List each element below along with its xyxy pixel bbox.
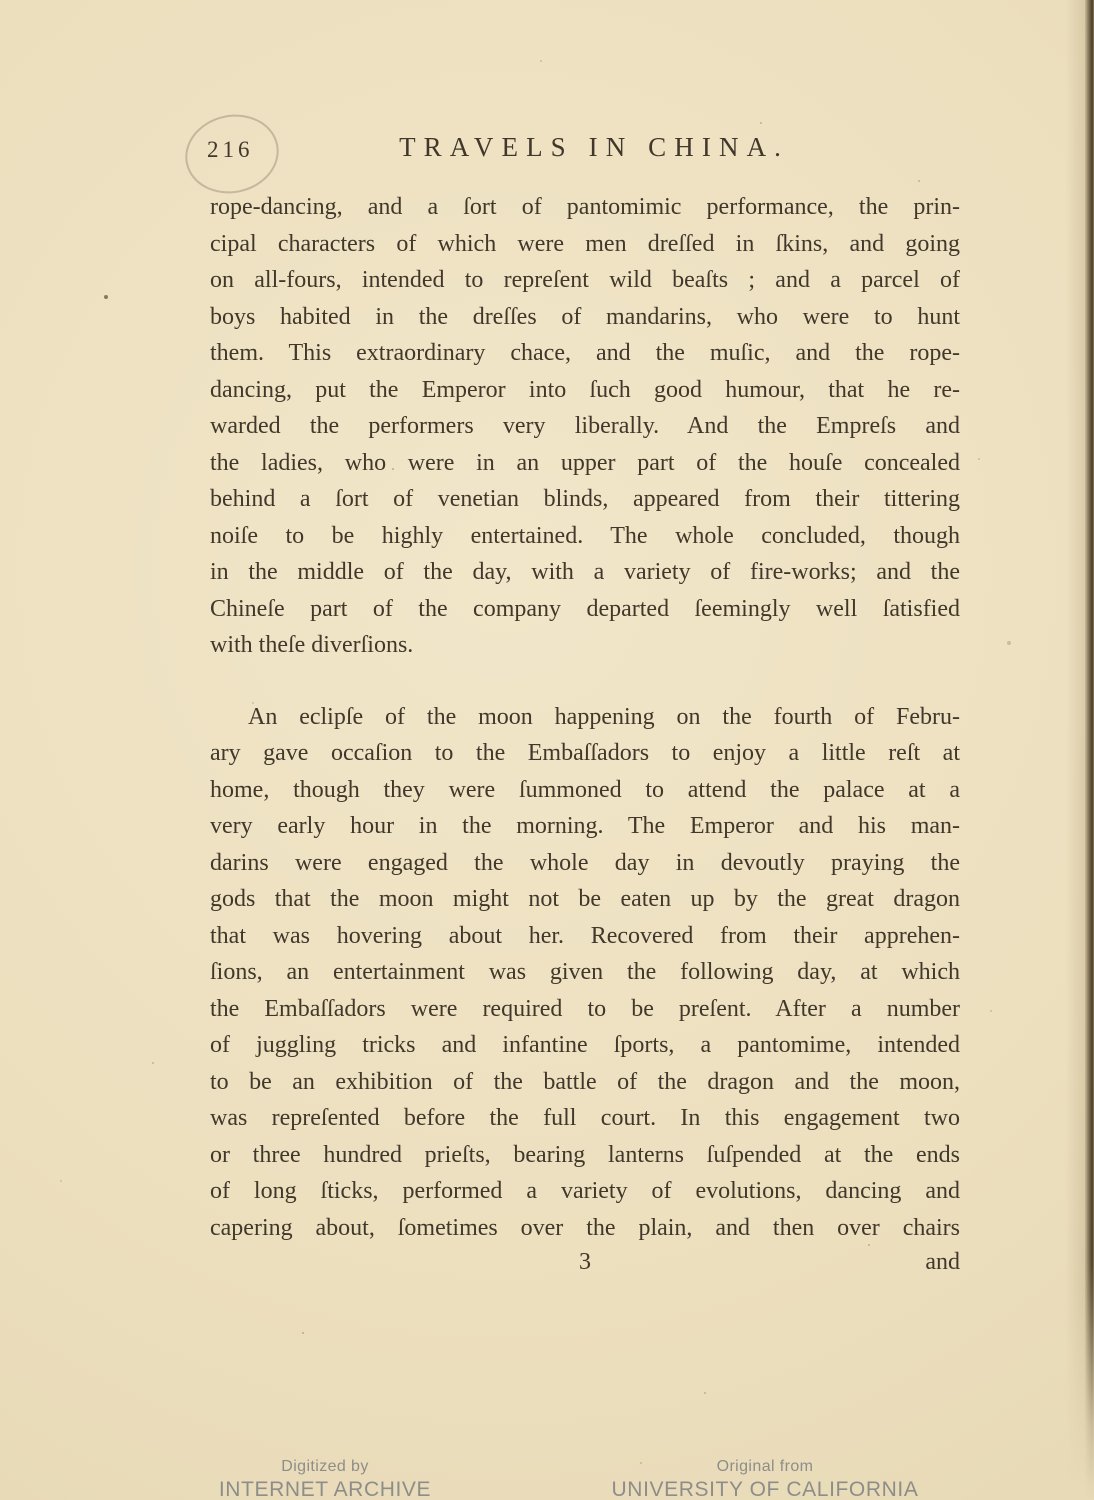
body-text: rope-dancing, and a ſort of pantomimic p… xyxy=(210,189,960,1281)
paragraph: An eclipſe of the moon happening on the … xyxy=(210,699,960,1247)
paragraph-container: rope-dancing, and a ſort of pantomimic p… xyxy=(210,189,960,1246)
signature-line: 3 and xyxy=(210,1244,960,1281)
text-line: them. This extraordinary chace, and the … xyxy=(210,335,960,372)
text-line: was repreſented before the full court. I… xyxy=(210,1100,960,1137)
text-line: with theſe diverſions. xyxy=(210,627,960,664)
catchword: and xyxy=(925,1244,960,1281)
digitized-by-label: Digitized by xyxy=(175,1456,475,1477)
digitized-by-credit: Digitized by INTERNET ARCHIVE xyxy=(175,1456,475,1500)
paper-speckles xyxy=(0,0,2,2)
text-line: home, though they were ſummoned to atten… xyxy=(210,772,960,809)
text-line: warded the performers very liberally. An… xyxy=(210,408,960,445)
internet-archive-label: INTERNET ARCHIVE xyxy=(175,1477,475,1500)
text-line: capering about, ſometimes over the plain… xyxy=(210,1210,960,1247)
text-line: very early hour in the morning. The Empe… xyxy=(210,808,960,845)
text-line: on all-fours, intended to repreſent wild… xyxy=(210,262,960,299)
text-line: cipal characters of which were men dreſſ… xyxy=(210,226,960,263)
paragraph: rope-dancing, and a ſort of pantomimic p… xyxy=(210,189,960,664)
original-from-label: Original from xyxy=(590,1456,940,1477)
text-line: ary gave occaſion to the Embaſſadors to … xyxy=(210,735,960,772)
signature-mark: 3 xyxy=(579,1249,591,1275)
text-line: that was hovering about her. Recovered f… xyxy=(210,918,960,955)
text-line: noiſe to be highly entertained. The whol… xyxy=(210,518,960,555)
text-line: or three hundred prieſts, bearing lanter… xyxy=(210,1137,960,1174)
text-line: of juggling tricks and infantine ſports,… xyxy=(210,1027,960,1064)
text-line: darins were engaged the whole day in dev… xyxy=(210,845,960,882)
text-line: rope-dancing, and a ſort of pantomimic p… xyxy=(210,189,960,226)
page-edge-shadow xyxy=(1066,0,1094,1500)
text-line: the Embaſſadors were required to be preſ… xyxy=(210,991,960,1028)
text-line: gods that the moon might not be eaten up… xyxy=(210,881,960,918)
text-line: to be an exhibition of the battle of the… xyxy=(210,1064,960,1101)
text-line: dancing, put the Emperor into ſuch good … xyxy=(210,372,960,409)
page-edge-line xyxy=(1085,0,1094,1500)
text-line: the ladies, who were in an upper part of… xyxy=(210,445,960,482)
scanned-book-page: 216 TRAVELS IN CHINA. rope-dancing, and … xyxy=(0,0,1094,1500)
text-line: Chineſe part of the company departed ſee… xyxy=(210,591,960,628)
running-title: TRAVELS IN CHINA. xyxy=(210,132,970,163)
original-from-credit: Original from UNIVERSITY OF CALIFORNIA xyxy=(590,1456,940,1500)
text-line: ſions, an entertainment was given the fo… xyxy=(210,954,960,991)
text-line: in the middle of the day, with a variety… xyxy=(210,554,960,591)
text-line: behind a ſort of venetian blinds, appear… xyxy=(210,481,960,518)
university-of-california-label: UNIVERSITY OF CALIFORNIA xyxy=(590,1477,940,1500)
text-line: of long ſticks, performed a variety of e… xyxy=(210,1173,960,1210)
text-line: boys habited in the dreſſes of mandarins… xyxy=(210,299,960,336)
text-line: An eclipſe of the moon happening on the … xyxy=(210,699,960,736)
